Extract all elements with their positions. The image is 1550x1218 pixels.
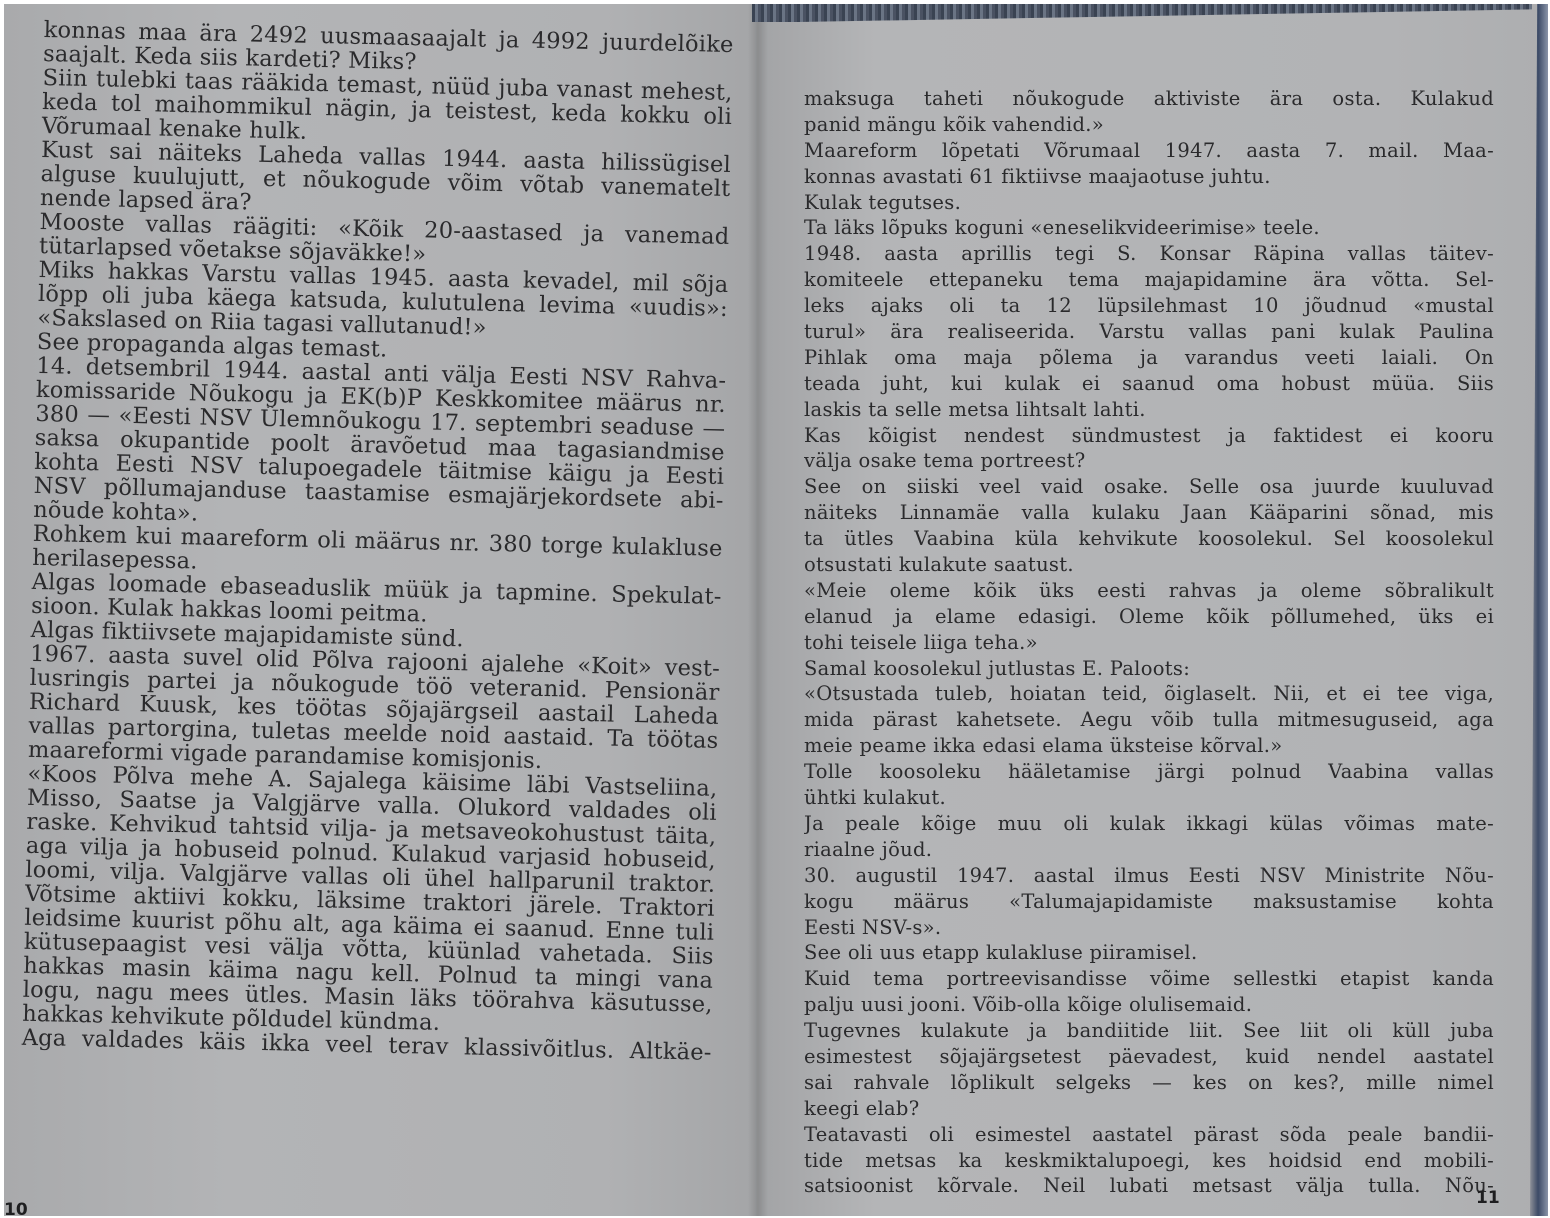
text-line: leks ajaks oli ta 12 lüpsilehmast 10 jõu… — [804, 293, 1494, 319]
text-line: riaalne jõud. — [804, 837, 1494, 863]
text-line: Kas kõigist nendest sündmustest ja fakti… — [804, 423, 1494, 449]
text-line: esimestest sõjajärgsetest päevadest, kui… — [804, 1044, 1494, 1070]
text-line: elanud ja elame edasigi. Oleme kõik põll… — [804, 604, 1494, 630]
text-line: ühtki kulakut. — [804, 785, 1494, 811]
text-line: keegi elab? — [804, 1096, 1494, 1122]
text-line: Ta läks lõpuks koguni «eneselikvideerimi… — [804, 215, 1494, 241]
text-line: sai rahvale lõplikult selgeks — kes on k… — [804, 1070, 1494, 1096]
left-page: konnas maa ära 2492 uusmaasaajalt ja 499… — [4, 4, 756, 1216]
text-line: See oli uus etapp kulakluse piiramisel. — [804, 940, 1494, 966]
text-line: Teatavasti oli esimestel aastatel pärast… — [804, 1122, 1494, 1148]
text-line: komiteele ettepaneku tema majapidamine ä… — [804, 267, 1494, 293]
text-line: Tolle koosoleku hääletamise järgi polnud… — [804, 759, 1494, 785]
text-line: Samal koosolekul jutlustas E. Paloots: — [804, 656, 1494, 682]
text-line: Tugevnes kulakute ja bandiitide liit. Se… — [804, 1018, 1494, 1044]
text-line: maksuga taheti nõukogude aktiviste ära o… — [804, 86, 1494, 112]
page-number-left: 10 — [4, 1200, 28, 1216]
text-line: Eesti NSV-s». — [804, 915, 1494, 941]
text-line: satsioonist kõrvale. Neil lubati metsast… — [804, 1173, 1494, 1199]
text-line: tide metsas ka keskmiktalupoegi, kes hoi… — [804, 1148, 1494, 1174]
page-number-right: 11 — [1476, 1188, 1500, 1208]
text-line: See on siiski veel vaid osake. Selle osa… — [804, 474, 1494, 500]
right-page-text: maksuga taheti nõukogude aktiviste ära o… — [804, 86, 1494, 1199]
text-line: Kulak tegutses. — [804, 190, 1494, 216]
text-line: Maareform lõpetati Võrumaal 1947. aasta … — [804, 138, 1494, 164]
text-line: «Meie oleme kõik üks eesti rahvas ja ole… — [804, 578, 1494, 604]
book-gutter — [748, 4, 768, 1216]
text-line: 1948. aasta aprillis tegi S. Konsar Räpi… — [804, 241, 1494, 267]
text-line: meie peame ikka edasi elama üksteise kõr… — [804, 733, 1494, 759]
text-line: välja osake tema portreest? — [804, 448, 1494, 474]
text-line: palju uusi jooni. Võib-olla kõige olulis… — [804, 992, 1494, 1018]
text-line: teada juht, kui kulak ei saanud oma hobu… — [804, 371, 1494, 397]
text-line: ta ütles Vaabina küla kehvikute koosolek… — [804, 526, 1494, 552]
text-line: kogu määrus «Talumajapidamiste maksustam… — [804, 889, 1494, 915]
text-line: Pihlak oma maja põlema ja varandus veeti… — [804, 345, 1494, 371]
left-page-text: konnas maa ära 2492 uusmaasaajalt ja 499… — [21, 18, 733, 1065]
text-line: Ja peale kõige muu oli kulak ikkagi küla… — [804, 811, 1494, 837]
right-page: maksuga taheti nõukogude aktiviste ära o… — [756, 4, 1548, 1216]
text-line: tohi teisele liiga teha.» — [804, 630, 1494, 656]
text-line: 30. augustil 1947. aastal ilmus Eesti NS… — [804, 863, 1494, 889]
text-line: otsustati kulakute saatust. — [804, 552, 1494, 578]
text-line: näiteks Linnamäe valla kulaku Jaan Kääpa… — [804, 500, 1494, 526]
text-line: Kuid tema portreevisandisse võime selles… — [804, 966, 1494, 992]
text-line: «Otsustada tuleb, hoiatan teid, õiglasel… — [804, 681, 1494, 707]
text-line: mida pärast kahetsete. Aegu võib tulla m… — [804, 707, 1494, 733]
text-line: laskis ta selle metsa lihtsalt lahti. — [804, 397, 1494, 423]
text-line: panid mängu kõik vahendid.» — [804, 112, 1494, 138]
text-line: konnas avastati 61 fiktiivse maajaotuse … — [804, 164, 1494, 190]
book-spread-photo: konnas maa ära 2492 uusmaasaajalt ja 499… — [4, 4, 1548, 1216]
text-line: turul» ära realiseerida. Varstu vallas p… — [804, 319, 1494, 345]
